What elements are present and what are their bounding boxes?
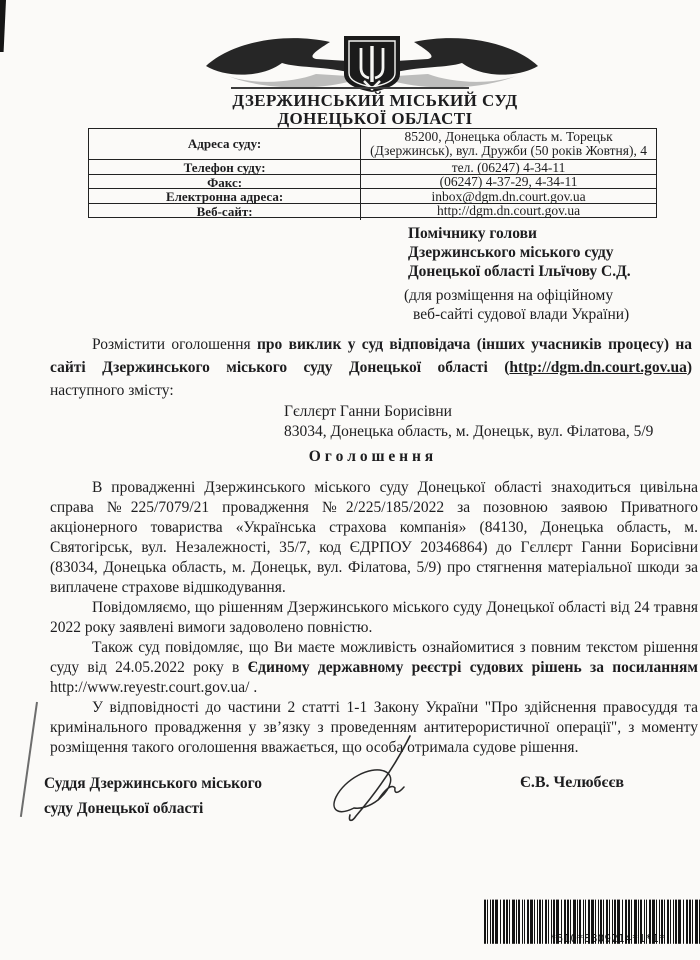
addressee-line3: Донецької області Ільїчову С.Д. — [408, 262, 678, 281]
table-row-address: Адреса суду: 85200, Донецька область м. … — [89, 129, 656, 159]
court-title-line2: ДОНЕЦЬКОЇ ОБЛАСТІ — [75, 110, 675, 128]
recipient-block: Гєллєрт Ганни Борисівни 83034, Донецька … — [284, 402, 684, 442]
text-segment: Єдиному державному реєстрі судових рішен… — [248, 659, 698, 676]
table-row-phone: Телефон суду: тел. (06247) 4-34-11 — [89, 159, 656, 174]
judge-title-block: Суддя Дзержинського міського суду Донець… — [44, 771, 324, 821]
emblem-divider-line — [231, 87, 469, 89]
text-segment: ) — [687, 359, 692, 376]
judge-name: Є.В. Челюбєєв — [472, 774, 672, 792]
text-segment: http://www.reyestr.court.gov.ua/ . — [50, 679, 257, 696]
table-row-fax: Факс: (06247) 4-37-29, 4-34-11 — [89, 174, 656, 189]
recipient-address: 83034, Донецька область, м. Донецьк, вул… — [284, 422, 684, 442]
addressee-block: Помічнику голови Дзержинського міського … — [408, 224, 678, 281]
text-segment: http://dgm.dn.court.gov.ua — [509, 359, 686, 376]
text-segment: наступного змісту: — [50, 382, 174, 399]
addressee-line2: Дзержинського міського суду — [408, 243, 678, 262]
text-segment: Повідомляємо, що рішенням Дзержинського … — [50, 599, 698, 636]
scan-artifact-top-left — [0, 0, 6, 52]
handwritten-signature — [318, 730, 418, 826]
text-segment: В провадженні Дзержинського міського суд… — [50, 479, 698, 596]
body-paragraph-1: В провадженні Дзержинського міського суд… — [50, 478, 698, 598]
table-row-email: Електронна адреса: inbox@dgm.dn.court.go… — [89, 188, 656, 203]
judge-title-line2: суду Донецької області — [44, 796, 324, 821]
court-title: ДЗЕРЖИНСЬКИЙ МІСЬКИЙ СУД ДОНЕЦЬКОЇ ОБЛАС… — [75, 92, 675, 128]
website-value: http://dgm.dn.court.gov.ua — [361, 204, 656, 220]
address-value: 85200, Донецька область м. Торецьк (Дзер… — [361, 129, 656, 159]
text-segment: Розмістити оголошення — [92, 336, 257, 353]
table-row-website: Веб-сайт: http://dgm.dn.court.gov.ua — [89, 203, 656, 218]
instruction-paragraph: Розмістити оголошення про виклик у суд в… — [50, 333, 692, 402]
addressee-note-line2: веб-сайті судової влади України) — [404, 305, 684, 324]
court-emblem — [202, 32, 542, 94]
addressee-note-line1: (для розміщення на офіційному — [404, 286, 684, 305]
court-title-line1: ДЗЕРЖИНСЬКИЙ МІСЬКИЙ СУД — [75, 92, 675, 110]
scan-artifact-diagonal-line — [20, 702, 38, 817]
ukraine-trident-icon — [344, 36, 400, 92]
body-paragraph-3: Також суд повідомляє, що Ви маєте можлив… — [50, 638, 698, 698]
scanned-court-document: ДЗЕРЖИНСЬКИЙ МІСЬКИЙ СУД ДОНЕЦЬКОЇ ОБЛАС… — [0, 0, 700, 960]
addressee-note: (для розміщення на офіційному веб-сайті … — [404, 286, 684, 324]
address-label: Адреса суду: — [89, 129, 361, 159]
addressee-line1: Помічнику голови — [408, 224, 678, 243]
barcode-text: *510*8809214*1*1* — [498, 933, 700, 945]
recipient-name: Гєллєрт Ганни Борисівни — [284, 402, 684, 422]
judge-title-line1: Суддя Дзержинського міського — [44, 771, 324, 796]
announcement-body: В провадженні Дзержинського міського суд… — [50, 478, 698, 758]
body-paragraph-2: Повідомляємо, що рішенням Дзержинського … — [50, 598, 698, 638]
website-label: Веб-сайт: — [89, 204, 361, 220]
announcement-heading: О г о л о ш е н н я — [50, 448, 692, 466]
court-contact-table: Адреса суду: 85200, Донецька область м. … — [88, 128, 657, 218]
